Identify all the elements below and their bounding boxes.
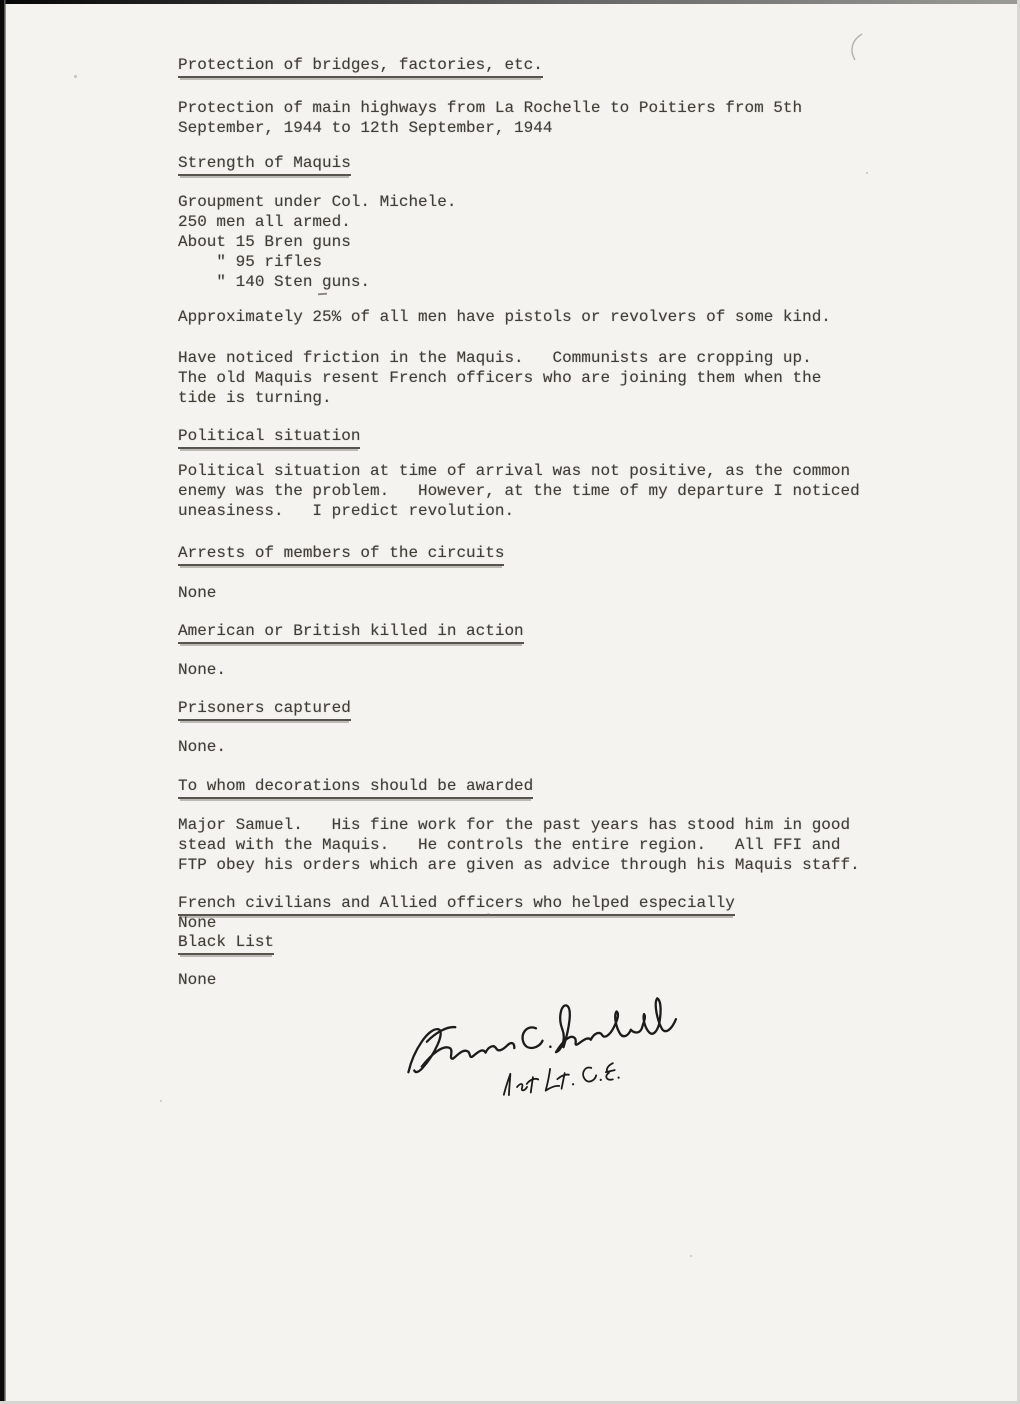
paragraph-killed-none: None. <box>178 660 226 680</box>
text-line: FTP obey his orders which are given as a… <box>178 855 860 875</box>
paper-speckle <box>160 1100 162 1102</box>
stray-typewriter-dash <box>318 293 327 296</box>
text-line: Major Samuel. His fine work for the past… <box>178 815 860 835</box>
heading-civilians-helped: French civilians and Allied officers who… <box>178 893 735 916</box>
paper-speckle <box>866 172 868 174</box>
paragraph-friction: Have noticed friction in the Maquis. Com… <box>178 348 821 408</box>
heading-text: Arrests of members of the circuits <box>178 543 504 566</box>
paragraph-arrests-none: None <box>178 583 216 603</box>
text-line: None <box>178 583 216 603</box>
text-line: September, 1944 to 12th September, 1944 <box>178 118 802 138</box>
text-line: 250 men all armed. <box>178 212 456 232</box>
paper-speckle <box>74 75 77 78</box>
text-line: The old Maquis resent French officers wh… <box>178 368 821 388</box>
scan-edge-top <box>0 0 1020 4</box>
heading-text: Strength of Maquis <box>178 153 351 176</box>
text-line: " 140 Sten guns. <box>178 272 456 292</box>
heading-text: American or British killed in action <box>178 621 524 644</box>
text-line: " 95 rifles <box>178 252 456 272</box>
paragraph-blacklist-none: None <box>178 970 216 990</box>
heading-text: Prisoners captured <box>178 698 351 721</box>
heading-strength-of-maquis: Strength of Maquis <box>178 153 351 176</box>
paragraph-pistols: Approximately 25% of all men have pistol… <box>178 307 831 327</box>
paragraph-political: Political situation at time of arrival w… <box>178 461 860 521</box>
paragraph-strength-list: Groupment under Col. Michele.250 men all… <box>178 192 456 292</box>
paragraph-prisoners-none: None. <box>178 737 226 757</box>
text-line: None. <box>178 737 226 757</box>
faint-pen-mark <box>840 30 870 66</box>
paragraph-major-samuel: Major Samuel. His fine work for the past… <box>178 815 860 875</box>
heading-arrests: Arrests of members of the circuits <box>178 543 504 566</box>
text-line: None <box>178 913 216 933</box>
text-line: uneasiness. I predict revolution. <box>178 501 860 521</box>
heading-killed-in-action: American or British killed in action <box>178 621 524 644</box>
text-line: Have noticed friction in the Maquis. Com… <box>178 348 821 368</box>
paper-speckle <box>487 913 490 916</box>
signature: Thomas C. Blackwell 1st Lt. C.E. <box>392 967 704 1121</box>
paper-speckle <box>690 1255 692 1257</box>
paragraph-highways: Protection of main highways from La Roch… <box>178 98 802 138</box>
heading-decorations: To whom decorations should be awarded <box>178 776 533 799</box>
scan-edge-left <box>0 0 6 1404</box>
text-line: stead with the Maquis. He controls the e… <box>178 835 860 855</box>
heading-political-situation: Political situation <box>178 426 360 449</box>
heading-protection-bridges: Protection of bridges, factories, etc. <box>178 55 543 78</box>
heading-text: To whom decorations should be awarded <box>178 776 533 799</box>
text-line: About 15 Bren guns <box>178 232 456 252</box>
heading-prisoners-captured: Prisoners captured <box>178 698 351 721</box>
text-line: Political situation at time of arrival w… <box>178 461 860 481</box>
text-line: Groupment under Col. Michele. <box>178 192 456 212</box>
text-line: tide is turning. <box>178 388 821 408</box>
heading-text: Political situation <box>178 426 360 449</box>
heading-text: Black List <box>178 932 274 955</box>
text-line: None <box>178 970 216 990</box>
heading-text: Protection of bridges, factories, etc. <box>178 55 543 78</box>
signature-ink <box>392 967 704 1121</box>
heading-text: French civilians and Allied officers who… <box>178 893 735 916</box>
paragraph-civilians-none: None <box>178 913 216 933</box>
text-line: Approximately 25% of all men have pistol… <box>178 307 831 327</box>
text-line: Protection of main highways from La Roch… <box>178 98 802 118</box>
heading-black-list: Black List <box>178 932 274 955</box>
text-line: enemy was the problem. However, at the t… <box>178 481 860 501</box>
scanned-document-page: Protection of bridges, factories, etc. P… <box>0 0 1020 1404</box>
text-line: None. <box>178 660 226 680</box>
